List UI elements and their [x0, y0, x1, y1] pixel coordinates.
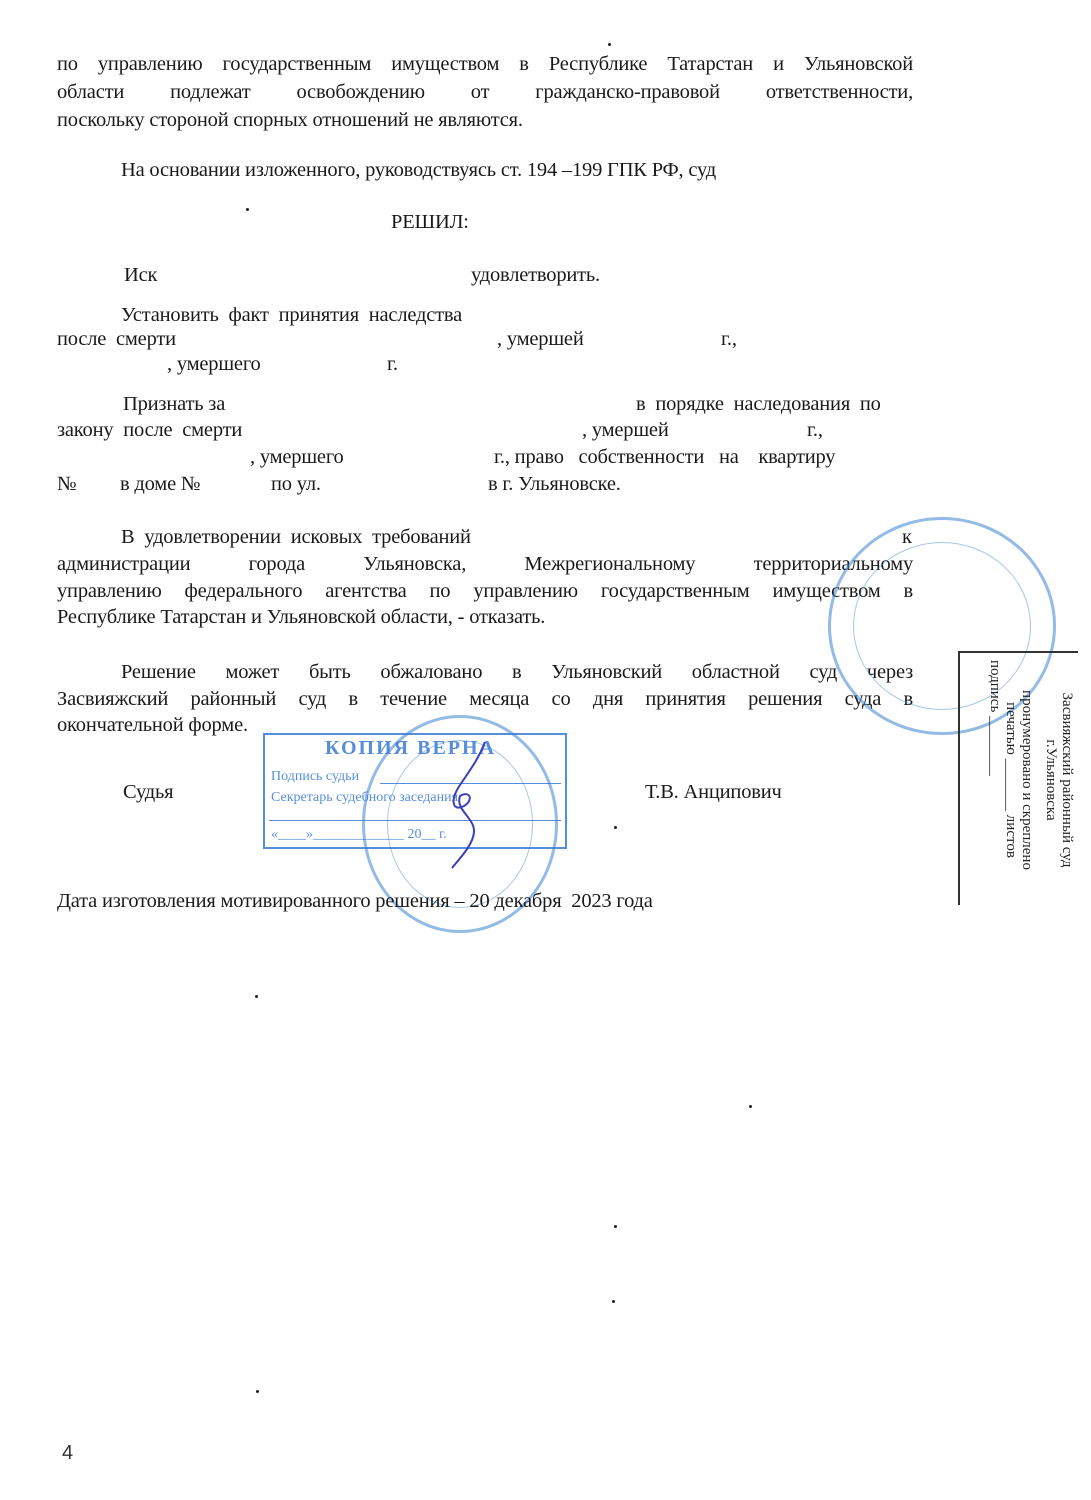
binding-stamp-line: подпись ________ [987, 660, 1003, 900]
claim-end: удовлетворить. [471, 263, 600, 287]
paragraph-line: по управлению государственным имуществом… [57, 52, 913, 76]
appeal-text: Решение может быть обжаловано в Ульяновс… [121, 660, 913, 684]
binding-stamp-text: Засвияжский районный суд г.Ульяновска пр… [975, 660, 1075, 900]
recognize-text: г., право собственности на квартиру [494, 445, 835, 469]
binding-stamp-line: г.Ульяновска [1043, 660, 1059, 900]
basis-line: На основании изложенного, руководствуясь… [121, 158, 716, 182]
establish-fact-line: Установить факт принятия наследства [121, 303, 462, 327]
binding-stamp-line: Засвияжский районный суд [1059, 660, 1075, 900]
recognize-text: в доме № [120, 472, 200, 496]
copy-stamp-date: «____»_____________ 20__ г. [271, 827, 447, 843]
decision-heading: РЕШИЛ: [391, 210, 469, 234]
recognize-text: , умершей [582, 418, 669, 442]
claim-start: Иск [124, 263, 157, 287]
establish-fact-text: , умершей [497, 327, 584, 351]
scan-speck [614, 1225, 617, 1228]
establish-fact-text: г., [721, 327, 737, 351]
denial-text: администрации города Ульяновска, Межреги… [57, 552, 913, 576]
copy-verified-stamp: КОПИЯ ВЕРНА Подпись судьи Секретарь суде… [263, 733, 567, 849]
appeal-text: Засвияжский районный суд в течение месяц… [57, 687, 913, 711]
scan-speck [749, 1105, 752, 1108]
paragraph-line: поскольку стороной спорных отношений не … [57, 108, 913, 132]
binding-stamp-line: пронумеровано и скреплено [1019, 660, 1035, 900]
recognize-text: Признать за [123, 392, 225, 416]
judge-role: Судья [123, 780, 173, 804]
recognize-text: в порядке наследования по [636, 392, 881, 416]
establish-fact-text: г. [387, 352, 398, 376]
recognize-text: по ул. [271, 472, 321, 496]
recognize-text: г., [807, 418, 823, 442]
scan-speck [608, 43, 611, 46]
page-number: 4 [62, 1442, 73, 1465]
paragraph-line: области подлежат освобождению от граждан… [57, 80, 913, 104]
binding-stamp-line: печатью _______ листов [1003, 660, 1019, 900]
judge-name: Т.В. Анципович [645, 780, 782, 804]
recognize-text: закону после смерти [57, 418, 242, 442]
scan-speck [256, 1390, 259, 1393]
scan-speck [614, 826, 617, 829]
copy-stamp-judge-signature: Подпись судьи [271, 769, 359, 785]
recognize-text: № [57, 472, 76, 496]
signature-mark [430, 740, 500, 870]
recognize-text: , умершего [250, 445, 344, 469]
document-page: по управлению государственным имуществом… [0, 0, 1091, 1500]
recognize-text: в г. Ульяновске. [488, 472, 621, 496]
scan-speck [255, 995, 258, 998]
denial-text: Республике Татарстан и Ульяновской облас… [57, 605, 913, 629]
decision-date-line: Дата изготовления мотивированного решени… [57, 889, 653, 913]
denial-text: В удовлетворении исковых требований [121, 525, 471, 549]
denial-text: управлению федерального агентства по упр… [57, 579, 913, 603]
establish-fact-text: после смерти [57, 327, 176, 351]
scan-speck [246, 208, 249, 211]
scan-speck [612, 1300, 615, 1303]
establish-fact-text: , умершего [167, 352, 261, 376]
